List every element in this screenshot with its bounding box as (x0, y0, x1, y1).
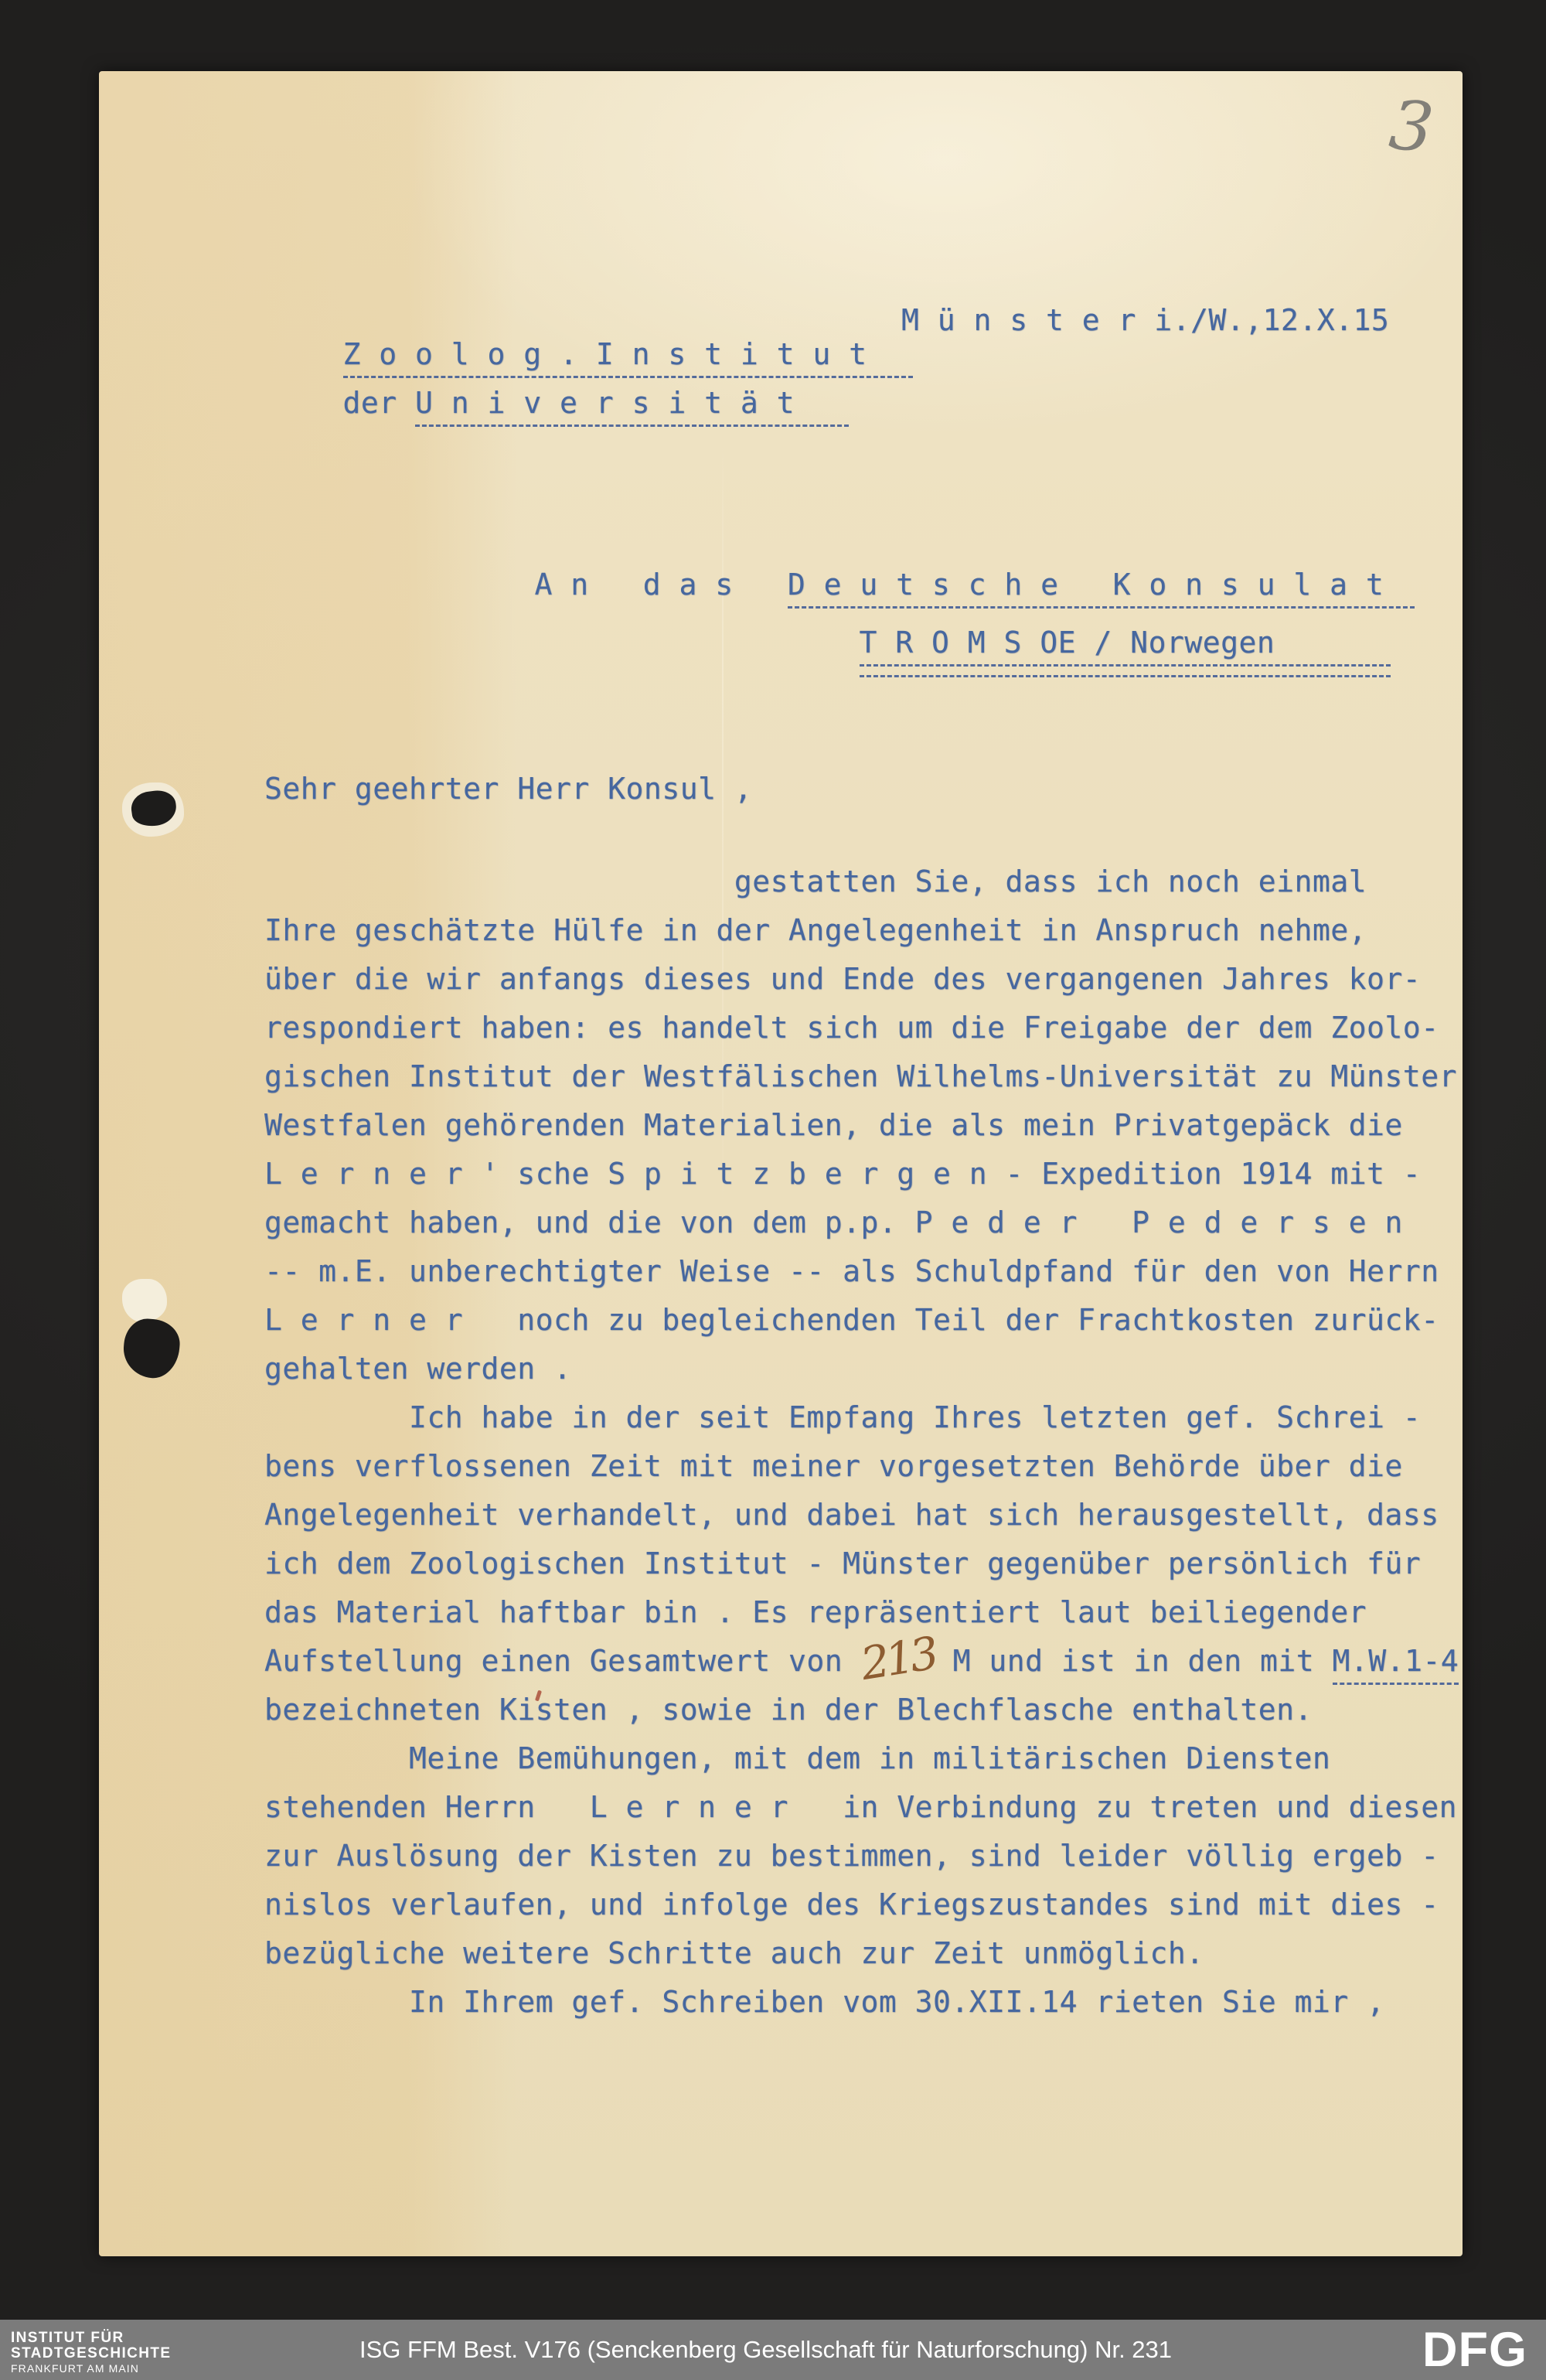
scan-background: 3 Z o o l o g . I n s t i t u t der U n … (0, 0, 1546, 2380)
handwritten-amount: 213 (862, 1652, 935, 1664)
typed-line: bezeichneten Kisten , sowie in der Blech… (264, 1693, 1459, 1741)
typed-line: bens verflossenen Zeit mit meiner vorges… (264, 1449, 1459, 1498)
typed-line: gestatten Sie, dass ich noch einmal (264, 864, 1459, 913)
typed-line: das Material haftbar bin . Es repräsenti… (264, 1595, 1459, 1644)
typed-line: über die wir anfangs dieses und Ende des… (264, 962, 1459, 1011)
typed-line: bezügliche weitere Schritte auch zur Zei… (264, 1936, 1459, 1985)
isg-logo-line3: FRANKFURT AM MAIN (11, 2361, 171, 2375)
typed-line: L e r n e r ' sche S p i t z b e r g e n… (264, 1157, 1459, 1205)
typed-line: Meine Bemühungen, mit dem in militärisch… (264, 1741, 1459, 1790)
recipient-line-2: T R O M S OE / Norwegen (787, 592, 1391, 694)
typed-line: Westfalen gehörenden Materialien, die al… (264, 1108, 1459, 1157)
value-text-before: Aufstellung einen Gesamtwert von (264, 1644, 860, 1678)
archive-reference: ISG FFM Best. V176 (Senckenberg Gesellsc… (359, 2320, 1172, 2380)
typed-line: gemacht haben, und die von dem p.p. P e … (264, 1205, 1459, 1254)
typed-line: stehenden Herrn L e r n e r in Verbindun… (264, 1790, 1459, 1839)
punch-hole-bottom-tear (122, 1279, 167, 1322)
typed-line: nislos verlaufen, und infolge des Kriegs… (264, 1887, 1459, 1936)
sender-university: U n i v e r s i t ä t (415, 386, 849, 427)
dateline: M ü n s t e r i./W.,12.X.15 (901, 303, 1389, 337)
page-number: 3 (1386, 84, 1437, 168)
typed-line: L e r n e r noch zu begleichenden Teil d… (264, 1303, 1459, 1352)
isg-logo-line1: INSTITUT FÜR (11, 2331, 171, 2346)
typed-line: gehalten werden . (264, 1352, 1459, 1400)
dfg-logo: DFG (1422, 2320, 1527, 2380)
typed-line: respondiert haben: es handelt sich um di… (264, 1011, 1459, 1059)
recipient-city: T R O M S OE / Norwegen (860, 626, 1391, 667)
recipient-prefix: A n d a s (535, 568, 788, 602)
letter-body: gestatten Sie, dass ich noch einmal Ihre… (264, 864, 1459, 2034)
typed-line: Ich habe in der seit Empfang Ihres letzt… (264, 1400, 1459, 1449)
sender-prefix: der (343, 386, 416, 420)
typed-line-total-value: Aufstellung einen Gesamtwert von 213 M u… (264, 1644, 1459, 1693)
salutation: Sehr geehrter Herr Konsul , (264, 772, 752, 806)
isg-logo: INSTITUT FÜR STADTGESCHICHTE FRANKFURT A… (11, 2331, 171, 2375)
isg-logo-line2: STADTGESCHICHTE (11, 2346, 171, 2361)
sender-line-2: der U n i v e r s i t ä t (271, 352, 849, 454)
typed-line: -- m.E. unberechtigter Weise -- als Schu… (264, 1254, 1459, 1303)
typed-line: Angelegenheit verhandelt, und dabei hat … (264, 1498, 1459, 1546)
crate-label: M.W.1-4 (1333, 1644, 1459, 1685)
typed-line: gischen Institut der Westfälischen Wilhe… (264, 1059, 1459, 1108)
typed-line: zur Auslösung der Kisten zu bestimmen, s… (264, 1839, 1459, 1887)
typed-line: ich dem Zoologischen Institut - Münster … (264, 1546, 1459, 1595)
typed-line: In Ihrem gef. Schreiben vom 30.XII.14 ri… (264, 1985, 1459, 2034)
value-text-middle: M und ist in den mit (935, 1644, 1332, 1678)
typed-line: Ihre geschätzte Hülfe in der Angelegenhe… (264, 913, 1459, 962)
